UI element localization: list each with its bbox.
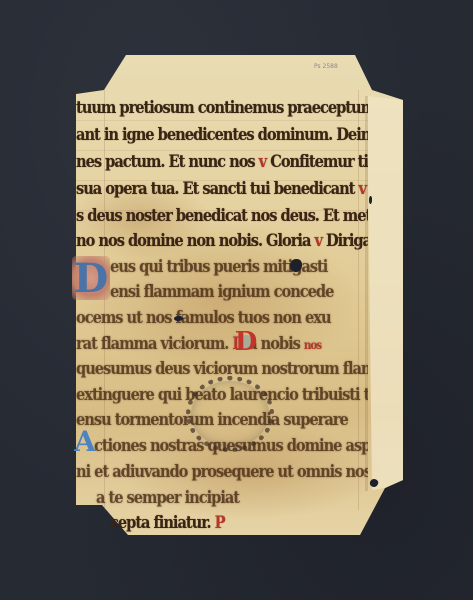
- text-line-3: nes pactum. Et nunc nos v Confitemur tib…: [76, 152, 368, 172]
- text-line-2: ant in igne benedicentes dominum. Deinde…: [76, 125, 368, 145]
- shelfmark-label: Ps 2588: [314, 63, 338, 70]
- wreath-stamp-icon: [186, 376, 274, 452]
- text-line-4: sua opera tua. Et sancti tui benedicant …: [76, 179, 368, 199]
- text-line-17: cepta finiatur. P: [110, 513, 225, 533]
- blue-initial-a: A: [72, 426, 98, 456]
- text-line-9: ocems ut nos famulos tuos non exu: [76, 308, 331, 328]
- worm-hole: [290, 259, 302, 272]
- text-line-6: no nos domine non nobis. Gloria v Diriga…: [76, 231, 368, 251]
- ink-mark: [369, 196, 372, 204]
- text-line-15: ni et adiuvando prosequere ut omnis nost…: [76, 462, 368, 482]
- manuscript-text-block: tuum pretiosum continemus praeceptum qua…: [76, 96, 368, 536]
- text-line-5: s deus noster benedicat nos deus. Et met…: [76, 206, 368, 226]
- red-initial-d: D: [228, 330, 264, 354]
- text-line-1: tuum pretiosum continemus praeceptum qua…: [76, 98, 368, 118]
- text-line-16: a te semper incipiat: [96, 488, 239, 508]
- text-line-8: ensi flammam ignium concede: [110, 282, 333, 302]
- text-line-10: rat flamma viciorum. D a nobis nos: [76, 334, 321, 354]
- worm-hole: [174, 316, 183, 321]
- decorated-initial-d: D: [72, 256, 110, 300]
